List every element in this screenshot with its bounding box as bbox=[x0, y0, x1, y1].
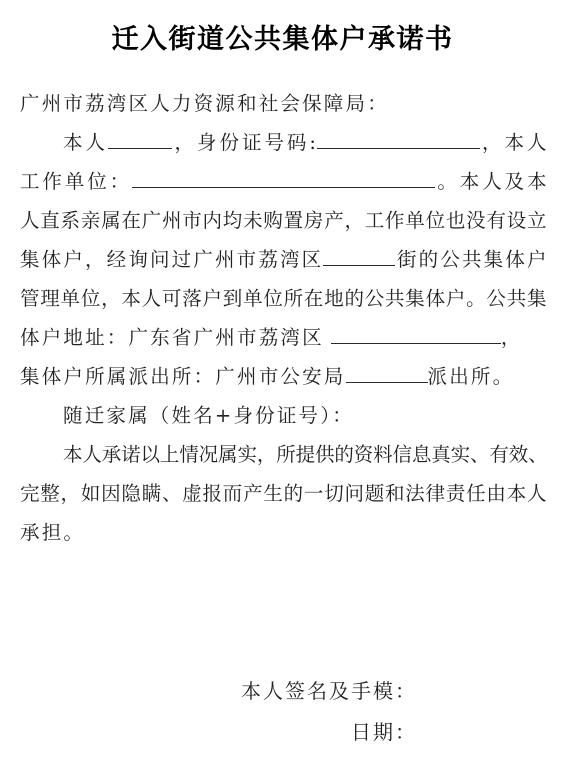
document-page: 迁入街道公共集体户承诺书 广州市荔湾区人力资源和社会保障局： 本人，身份证号码:… bbox=[0, 0, 565, 776]
promise-text-3: 承担。 bbox=[20, 521, 85, 544]
line-address: 体户地址：广东省广州市荔湾区， bbox=[20, 318, 547, 357]
id-label: ，身份证号码: bbox=[172, 131, 317, 154]
name-label: 本人 bbox=[63, 131, 108, 154]
promise-text-2: 完整，如因隐瞒、虚报而产生的一切问题和法律责任由本人 bbox=[20, 482, 547, 505]
line-family: 随迁家属（姓名+身份证号）： bbox=[20, 396, 547, 435]
work-unit-tail: 。本人及本 bbox=[435, 170, 547, 193]
line-promise-2: 完整，如因隐瞒、虚报而产生的一切问题和法律责任由本人 bbox=[20, 474, 547, 513]
address-tail: ， bbox=[501, 326, 523, 349]
salutation-text: 广州市荔湾区人力资源和社会保障局： bbox=[20, 92, 389, 115]
blank-address-field bbox=[331, 324, 501, 344]
line-promise-1: 本人承诺以上情况属实，所提供的资料信息真实、有效、 bbox=[20, 435, 547, 474]
line-police-station: 集体户所属派出所：广州市公安局派出所。 bbox=[20, 357, 547, 396]
blank-name-field bbox=[108, 129, 172, 149]
blank-work-unit-field bbox=[132, 168, 435, 188]
work-unit-label: 工作单位： bbox=[20, 170, 132, 193]
blank-id-number-field bbox=[317, 129, 480, 149]
police-tail: 派出所。 bbox=[428, 365, 515, 388]
no-property-text: 人直系亲属在广州市内均未购置房产，工作单位也没有设立 bbox=[20, 209, 547, 232]
settle-text: 管理单位，本人可落户到单位所在地的公共集体户。公共集 bbox=[20, 287, 547, 310]
promise-text-1: 本人承诺以上情况属实，所提供的资料信息真实、有效、 bbox=[63, 443, 547, 466]
line-settle: 管理单位，本人可落户到单位所在地的公共集体户。公共集 bbox=[20, 279, 547, 318]
line-no-property: 人直系亲属在广州市内均未购置房产，工作单位也没有设立 bbox=[20, 201, 547, 240]
document-title: 迁入街道公共集体户承诺书 bbox=[0, 0, 565, 56]
police-label: 集体户所属派出所：广州市公安局 bbox=[20, 365, 346, 388]
document-body: 广州市荔湾区人力资源和社会保障局： 本人，身份证号码:，本人 工作单位：。本人及… bbox=[0, 84, 565, 552]
blank-police-station-field bbox=[346, 363, 428, 383]
blank-street-field bbox=[323, 246, 395, 266]
family-text: 随迁家属（姓名+身份证号）： bbox=[63, 404, 354, 427]
signature-block: 本人签名及手模： 日期： bbox=[241, 671, 417, 753]
date-label: 日期： bbox=[241, 712, 417, 753]
name-id-tail: ，本人 bbox=[480, 131, 547, 154]
line-promise-3: 承担。 bbox=[20, 513, 547, 552]
street-inquiry-tail: 街的公共集体户 bbox=[395, 248, 547, 271]
street-inquiry-pre: 集体户，经询问过广州市荔湾区 bbox=[20, 248, 323, 271]
signature-label: 本人签名及手模： bbox=[241, 671, 417, 712]
line-name-id: 本人，身份证号码:，本人 bbox=[20, 123, 547, 162]
salutation-line: 广州市荔湾区人力资源和社会保障局： bbox=[20, 84, 547, 123]
line-work-unit: 工作单位：。本人及本 bbox=[20, 162, 547, 201]
address-label: 体户地址：广东省广州市荔湾区 bbox=[20, 326, 324, 349]
line-street-inquiry: 集体户，经询问过广州市荔湾区街的公共集体户 bbox=[20, 240, 547, 279]
